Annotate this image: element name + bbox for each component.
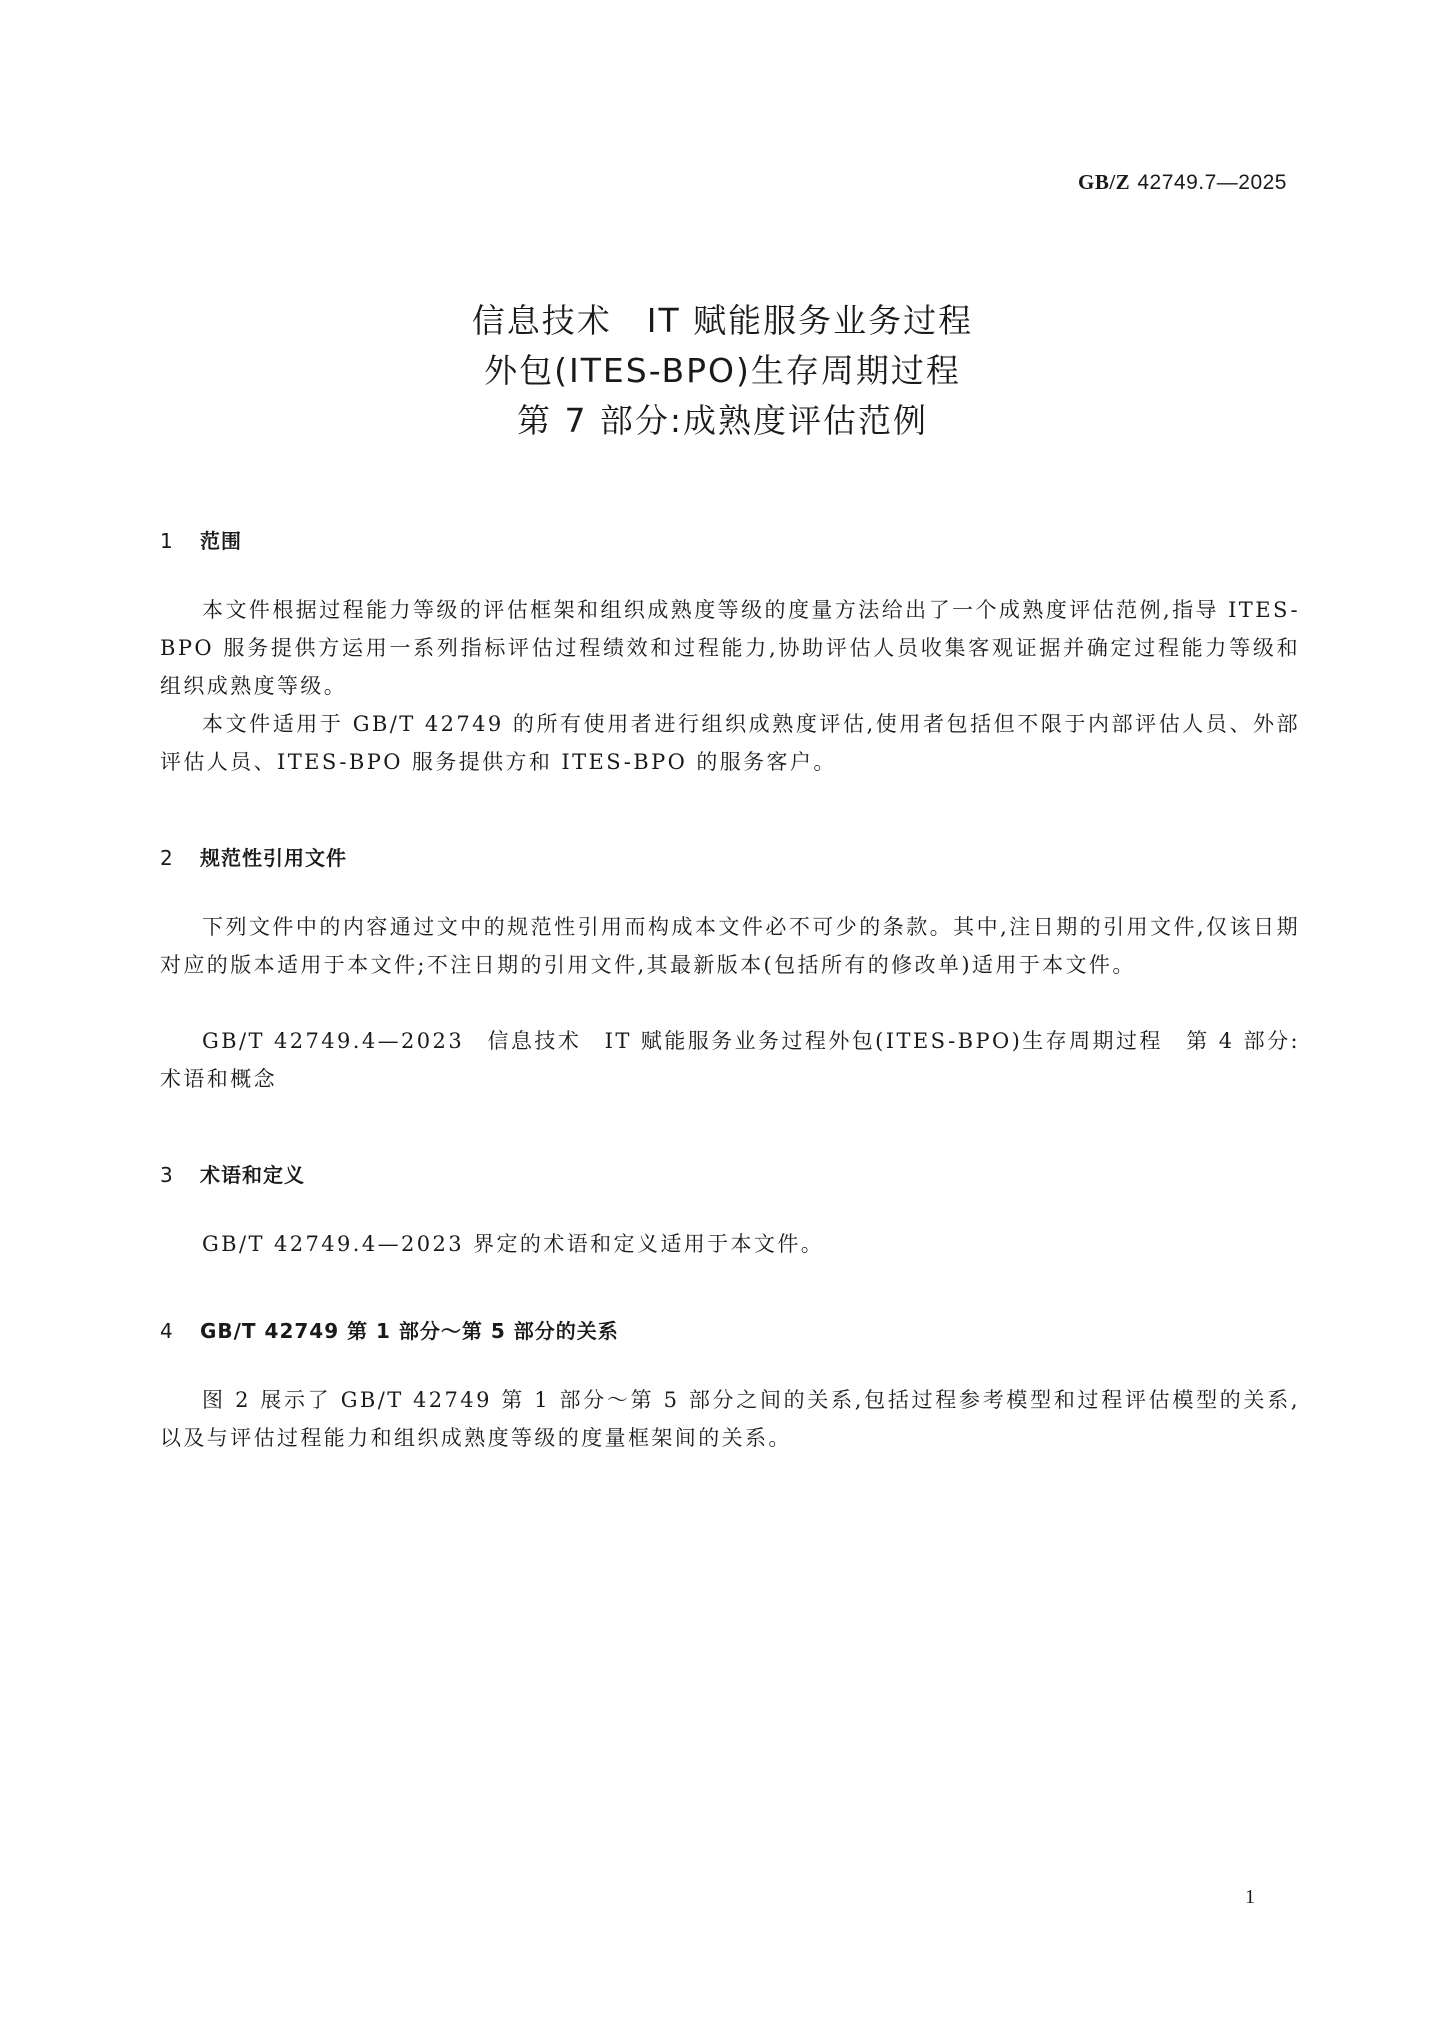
section-heading-normative-references: 2 规范性引用文件	[160, 842, 347, 871]
paragraph: 本文件根据过程能力等级的评估框架和组织成熟度等级的度量方法给出了一个成熟度评估范…	[160, 591, 1300, 705]
standard-prefix: GB/Z	[1078, 170, 1130, 194]
section-number: 3	[160, 1163, 192, 1187]
title-line-1: 信息技术 IT 赋能服务业务过程	[0, 296, 1445, 346]
section-title: 术语和定义	[200, 1163, 305, 1187]
section-title: GB/T 42749 第 1 部分～第 5 部分的关系	[200, 1319, 619, 1343]
section-number: 4	[160, 1319, 192, 1343]
paragraph: 下列文件中的内容通过文中的规范性引用而构成本文件必不可少的条款。其中,注日期的引…	[160, 908, 1300, 984]
section-title: 范围	[200, 529, 242, 553]
standard-code: GB/Z 42749.7—2025	[1078, 170, 1287, 195]
title-line-2: 外包(ITES-BPO)生存周期过程	[0, 346, 1445, 396]
paragraph: 本文件适用于 GB/T 42749 的所有使用者进行组织成熟度评估,使用者包括但…	[160, 705, 1300, 781]
section-heading-scope: 1 范围	[160, 525, 242, 554]
section-title: 规范性引用文件	[200, 846, 347, 870]
paragraph: 图 2 展示了 GB/T 42749 第 1 部分～第 5 部分之间的关系,包括…	[160, 1381, 1300, 1457]
section-heading-relationship: 4 GB/T 42749 第 1 部分～第 5 部分的关系	[160, 1315, 619, 1344]
paragraph: GB/T 42749.4—2023 界定的术语和定义适用于本文件。	[160, 1225, 1300, 1263]
section-number: 2	[160, 846, 192, 870]
section-heading-terms-definitions: 3 术语和定义	[160, 1159, 305, 1188]
standard-number: 42749.7—2025	[1137, 171, 1287, 194]
title-line-3: 第 7 部分:成熟度评估范例	[0, 396, 1445, 446]
document-title: 信息技术 IT 赋能服务业务过程 外包(ITES-BPO)生存周期过程 第 7 …	[0, 296, 1445, 446]
section-number: 1	[160, 529, 192, 553]
reference-entry: GB/T 42749.4—2023 信息技术 IT 赋能服务业务过程外包(ITE…	[160, 1022, 1300, 1098]
page-number: 1	[1245, 1886, 1255, 1909]
